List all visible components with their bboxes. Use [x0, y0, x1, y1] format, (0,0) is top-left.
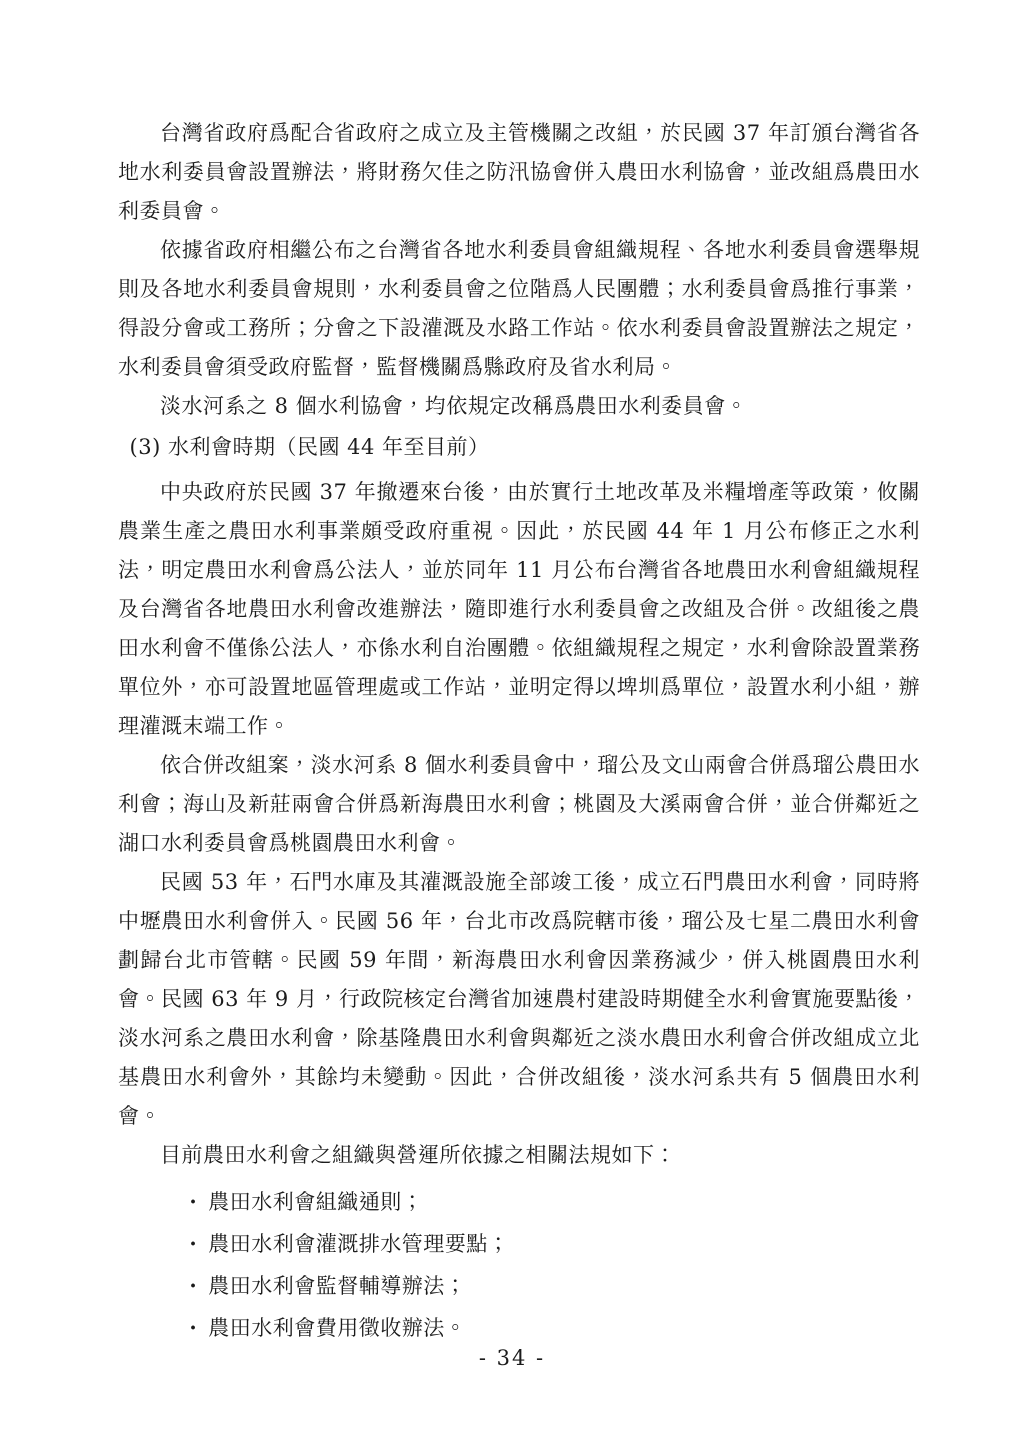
list-item-text: 農田水利會監督輔導辦法； — [208, 1274, 466, 1298]
text-body: 台灣省政府爲配合省政府之成立及主管機關之改組，於民國 37 年訂頒台灣省各地水利… — [118, 114, 920, 1349]
list-item: ·農田水利會灌溉排水管理要點； — [118, 1223, 920, 1265]
list-item: ·農田水利會組織通則； — [118, 1181, 920, 1223]
list-item-text: 農田水利會組織通則； — [208, 1190, 423, 1214]
paragraph: 台灣省政府爲配合省政府之成立及主管機關之改組，於民國 37 年訂頒台灣省各地水利… — [118, 114, 920, 231]
paragraph: 依據省政府相繼公布之台灣省各地水利委員會組織規程、各地水利委員會選舉規則及各地水… — [118, 231, 920, 387]
list-item: ·農田水利會監督輔導辦法； — [118, 1265, 920, 1307]
section-heading: (3) 水利會時期（民國 44 年至目前） — [118, 428, 920, 467]
list-item: ·農田水利會費用徵收辦法。 — [118, 1307, 920, 1349]
bullet-icon: · — [189, 1265, 208, 1306]
paragraph: 中央政府於民國 37 年撤遷來台後，由於實行土地改革及米糧增產等政策，攸關農業生… — [118, 473, 920, 746]
bullet-icon: · — [189, 1223, 208, 1264]
bullet-icon: · — [189, 1307, 208, 1348]
law-list: ·農田水利會組織通則； ·農田水利會灌溉排水管理要點； ·農田水利會監督輔導辦法… — [118, 1181, 920, 1349]
paragraph: 目前農田水利會之組織與營運所依據之相關法規如下： — [118, 1136, 920, 1175]
list-item-text: 農田水利會灌溉排水管理要點； — [208, 1232, 509, 1256]
document-page: 台灣省政府爲配合省政府之成立及主管機關之改組，於民國 37 年訂頒台灣省各地水利… — [0, 0, 1024, 1443]
paragraph: 依合併改組案，淡水河系 8 個水利委員會中，瑠公及文山兩會合併爲瑠公農田水利會；… — [118, 746, 920, 863]
paragraph: 民國 53 年，石門水庫及其灌溉設施全部竣工後，成立石門農田水利會，同時將中壢農… — [118, 863, 920, 1136]
page-number: - 34 - — [0, 1346, 1024, 1370]
list-item-text: 農田水利會費用徵收辦法。 — [208, 1316, 466, 1340]
bullet-icon: · — [189, 1181, 208, 1222]
paragraph: 淡水河系之 8 個水利協會，均依規定改稱爲農田水利委員會。 — [118, 387, 920, 426]
